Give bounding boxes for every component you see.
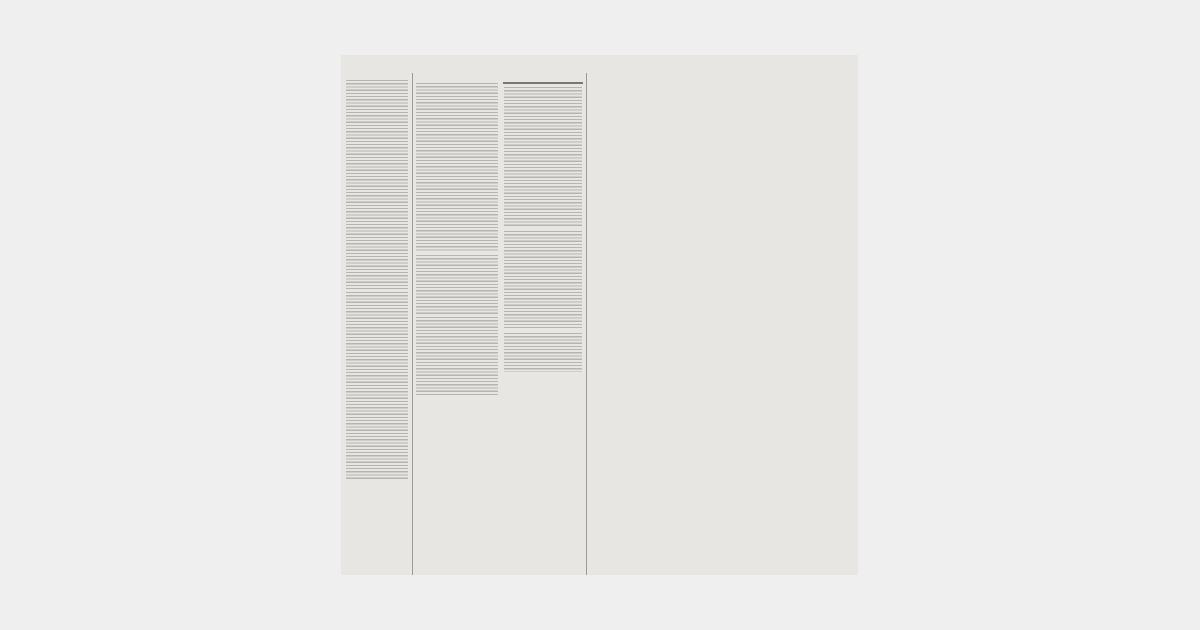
body-text bbox=[504, 230, 582, 330]
body-text bbox=[504, 86, 582, 226]
column-lindbergh bbox=[413, 73, 585, 575]
body-text bbox=[346, 291, 408, 481]
spacer bbox=[589, 73, 601, 575]
body-text bbox=[416, 82, 498, 252]
banner-headline bbox=[341, 55, 858, 71]
body-text bbox=[416, 316, 498, 396]
bruno-double-box bbox=[503, 82, 583, 84]
column-taverns bbox=[343, 73, 411, 575]
body-text bbox=[504, 332, 582, 372]
newspaper-page bbox=[341, 55, 858, 575]
body-text bbox=[416, 254, 498, 314]
body-text bbox=[346, 79, 408, 289]
